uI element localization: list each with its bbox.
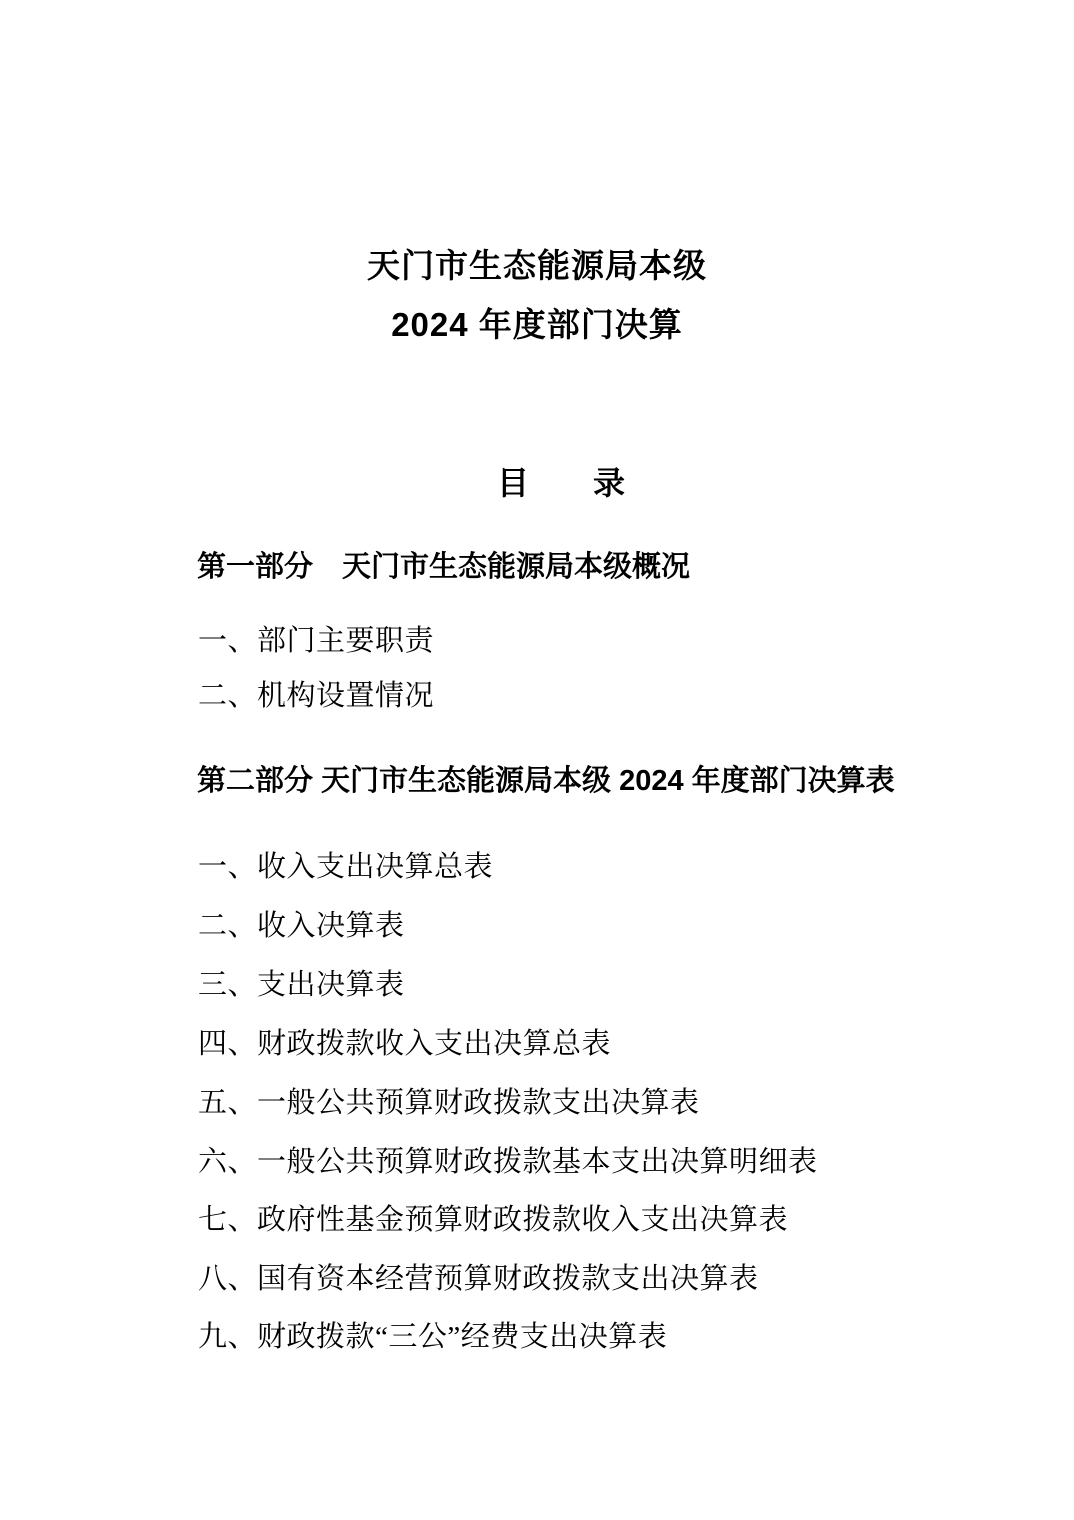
toc-part2-item-6: 六、一般公共预算财政拨款基本支出决算明细表 xyxy=(198,1146,818,1179)
toc-part2-item-9: 九、财政拨款“三公”经费支出决算表 xyxy=(198,1321,667,1354)
toc-part2-item-4: 四、财政拨款收入支出决算总表 xyxy=(198,1028,611,1061)
toc-part1-item-2: 二、机构设置情况 xyxy=(198,680,434,713)
toc-heading: 目 录 xyxy=(497,465,625,502)
toc-part1-heading: 第一部分 天门市生态能源局本级概况 xyxy=(197,551,690,584)
document-title-line-2: 2024 年度部门决算 xyxy=(0,306,1074,344)
document-page: 天门市生态能源局本级 2024 年度部门决算 目 录 第一部分 天门市生态能源局… xyxy=(0,0,1074,1520)
toc-part2-item-1: 一、收入支出决算总表 xyxy=(198,851,493,884)
toc-part2-item-3: 三、支出决算表 xyxy=(198,969,405,1002)
toc-part2-item-5: 五、一般公共预算财政拨款支出决算表 xyxy=(198,1087,700,1120)
toc-part2-item-8: 八、国有资本经营预算财政拨款支出决算表 xyxy=(198,1263,759,1296)
toc-part2-item-2: 二、收入决算表 xyxy=(198,910,405,943)
toc-part1-item-1: 一、部门主要职责 xyxy=(198,625,434,658)
toc-part2-item-7: 七、政府性基金预算财政拨款收入支出决算表 xyxy=(198,1204,788,1237)
toc-part2-heading: 第二部分 天门市生态能源局本级 2024 年度部门决算表 xyxy=(197,765,895,798)
document-title-line-1: 天门市生态能源局本级 xyxy=(0,247,1074,285)
